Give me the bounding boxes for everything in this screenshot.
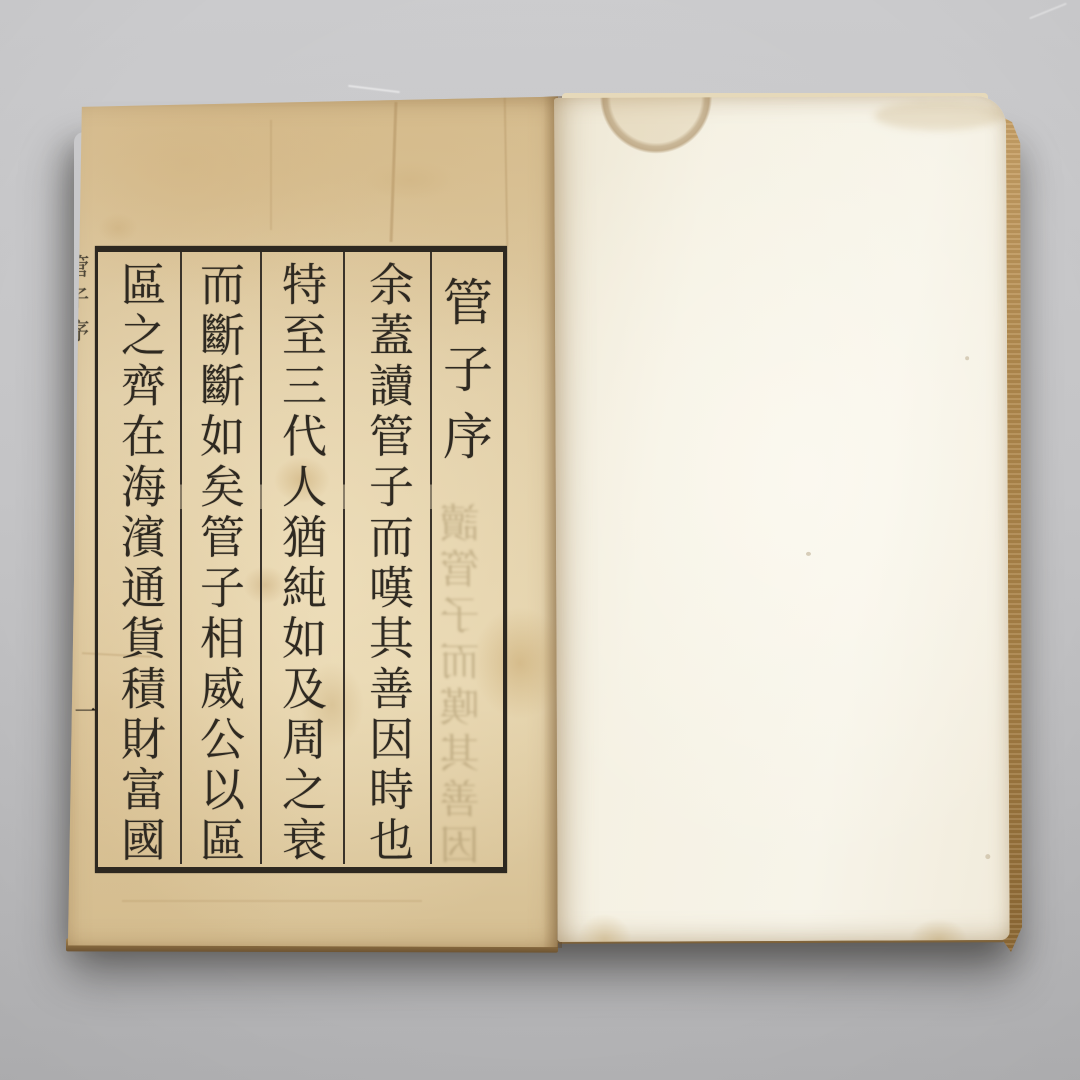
foxing-stain [98, 213, 138, 243]
column-separator [343, 252, 345, 864]
text-column-2: 余蓋讀管子而嘆其善因時也 [356, 256, 420, 872]
column-separator [180, 252, 182, 864]
paper-crease [270, 120, 272, 230]
paper-crease [390, 102, 398, 242]
backdrop-scratch [1029, 3, 1067, 20]
speck [985, 854, 990, 859]
paper-crease [122, 900, 422, 902]
text-column-4: 而斷斷如矣管子相威公以區 [187, 256, 251, 872]
text-column-3: 特至三代人猶純如及周之衰 [269, 256, 333, 872]
title-column: 管子序 [436, 256, 500, 496]
column-separator [260, 252, 262, 864]
bleed-through-text: 讀管子而嘆其善因 [434, 486, 498, 886]
backdrop-scratch [348, 85, 400, 93]
left-page: 讀管子而嘆其善因 管子序 余蓋讀管子而嘆其善因時也 特至三代人猶純如及周之衰 而… [62, 94, 558, 954]
right-page [554, 96, 1010, 942]
paper-crease [504, 96, 509, 246]
foxing-stain [910, 918, 968, 942]
text-column-5: 區之齊在海濱通貨積財富國 [108, 256, 172, 872]
foxing-stain [874, 100, 1004, 131]
foxing-stain [365, 160, 455, 200]
foxing-stain [578, 914, 632, 942]
photo-scene: 讀管子而嘆其善因 管子序 余蓋讀管子而嘆其善因時也 特至三代人猶純如及周之衰 而… [0, 0, 1080, 1080]
water-stain [600, 96, 712, 154]
spine-page-number: 一 [74, 700, 100, 722]
speck [806, 552, 811, 556]
speck [965, 356, 969, 360]
